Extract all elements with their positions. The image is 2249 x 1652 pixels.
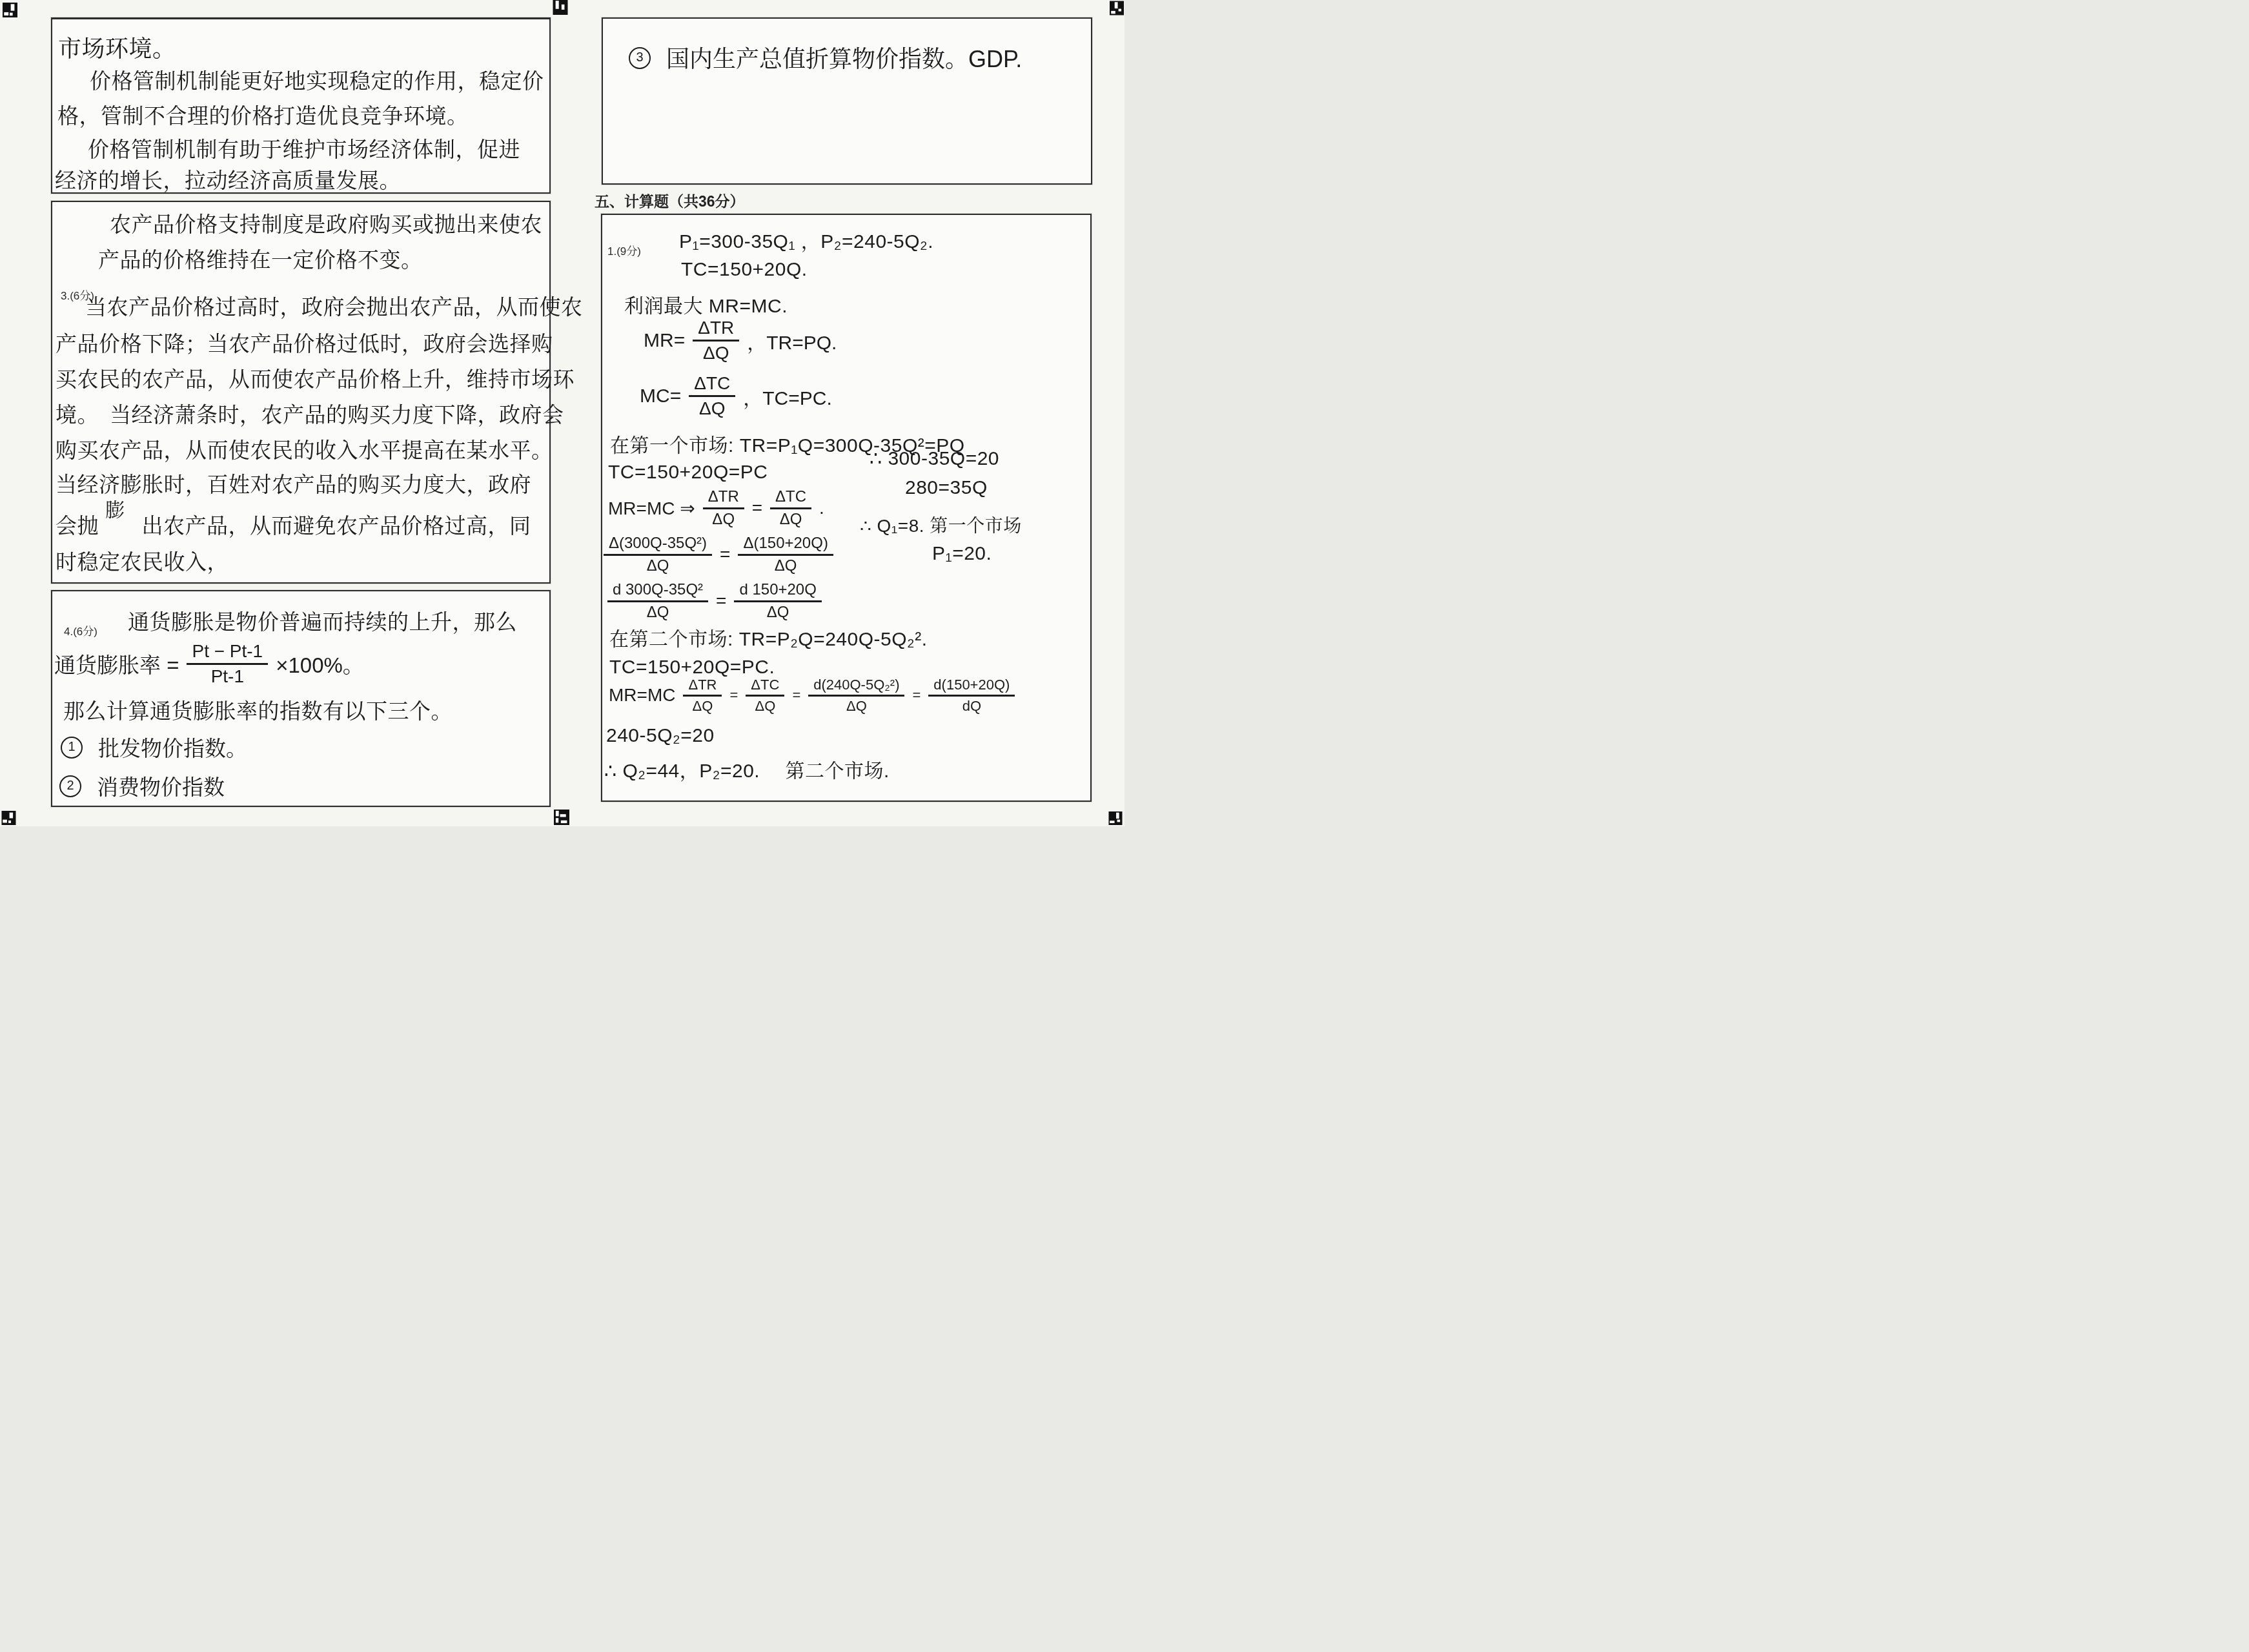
- formula-lhs: 通货膨胀率 =: [54, 649, 179, 679]
- calc-side-equation-2: 280=35Q: [905, 477, 988, 499]
- calc-line-profit-max: 利润最大 MR=MC.: [624, 290, 788, 318]
- fraction-numerator: ΔTC: [746, 677, 784, 697]
- fraction: d 150+20QΔQ: [734, 582, 821, 621]
- fraction: Δ(150+20Q)ΔQ: [738, 535, 833, 575]
- fraction-denominator: ΔQ: [647, 556, 669, 575]
- calc-line-total-cost: TC=150+20Q.: [681, 259, 808, 281]
- fraction-numerator: ΔTR: [703, 489, 744, 509]
- fraction: ΔTRΔQ: [703, 489, 744, 528]
- calc-line-mr-equals-mc: MR=MC ⇒ ΔTRΔQ = ΔTCΔQ .: [608, 489, 824, 528]
- calc-line-market2-tc: TC=150+20Q=PC.: [609, 657, 775, 678]
- calc-side-equation-1: ∴ 300-35Q=20: [870, 447, 999, 470]
- answer-box-calc-q1: 1.(9分) P₁=300-35Q₁ ，P₂=240-5Q₂. TC=150+2…: [601, 214, 1092, 802]
- calc-line-mr-definition: MR= ΔTRΔQ ，TR=PQ.: [644, 318, 837, 363]
- scanned-answer-sheet: 市场环境。 价格管制机制能更好地实现稳定的作用，稳定价 格，管制不合理的价格打造…: [0, 0, 1124, 826]
- answer-box-q2-continued: 市场环境。 价格管制机制能更好地实现稳定的作用，稳定价 格，管制不合理的价格打造…: [51, 17, 551, 194]
- answer-box-q4: 4.(6分) 通货膨胀是物价普遍而持续的上升，那么 通货膨胀率 = Pt − P…: [51, 590, 551, 807]
- handwritten-line: 时稳定农民收入，: [56, 546, 229, 576]
- calc-line-market2-result: ∴ Q₂=44，P₂=20. 第二个市场.: [604, 755, 890, 783]
- fiducial-marker-bottom-right: [1108, 811, 1123, 825]
- fraction-numerator: d(150+20Q): [928, 677, 1015, 697]
- line-segment: 出农产品，从而避免农产品价格过高，同: [142, 514, 531, 538]
- calc-line-given-prices: P₁=300-35Q₁ ，P₂=240-5Q₂.: [679, 225, 933, 254]
- formula-suffix: ，TR=PQ.: [747, 327, 837, 355]
- handwritten-line: 价格管制机制能更好地实现稳定的作用，稳定价: [90, 65, 544, 95]
- equals-sign: =: [729, 687, 738, 704]
- fraction-numerator: ΔTR: [693, 318, 739, 342]
- fraction-denominator: ΔQ: [693, 697, 713, 714]
- calc-line-mc-definition: MC= ΔTCΔQ ，TC=PC.: [640, 374, 832, 418]
- question-score-label: 4.(6分): [64, 622, 97, 638]
- handwritten-line: 购买农产品，从而使农民的收入水平提高在某水平。: [56, 434, 553, 464]
- fraction-denominator: Pt-1: [211, 665, 244, 686]
- fraction-denominator: ΔQ: [755, 697, 775, 714]
- fraction: d 300Q-35Q²ΔQ: [607, 582, 708, 621]
- handwritten-line: 经济的增长，拉动经济高质量发展。: [55, 164, 401, 194]
- calc-side-result-q1: ∴ Q₁=8. 第一个市场: [860, 512, 1022, 538]
- fraction-denominator: ΔQ: [846, 697, 867, 714]
- fraction-denominator: ΔQ: [712, 509, 735, 528]
- equals-sign: =: [912, 687, 921, 704]
- formula-suffix: ×100%。: [276, 649, 364, 679]
- handwritten-line: 产品价格下降；当农产品价格过低时，政府会选择购: [56, 327, 553, 358]
- formula-lhs: MR=: [644, 330, 685, 352]
- fraction-numerator: Δ(150+20Q): [738, 535, 833, 556]
- fraction: ΔTCΔQ: [770, 489, 811, 528]
- fraction-numerator: ΔTC: [689, 374, 735, 397]
- calc-line-derivative-equation: d 300Q-35Q²ΔQ = d 150+20QΔQ: [607, 582, 822, 621]
- index-item-text: 国内生产总值折算物价指数。GDP.: [666, 41, 1022, 74]
- handwritten-line: 农产品价格支持制度是政府购买或抛出来使农: [110, 208, 542, 238]
- handwritten-line: 通货膨胀是物价普遍而持续的上升，那么: [128, 606, 517, 636]
- formula-lhs: MR=MC ⇒: [608, 498, 695, 519]
- fraction: Δ(300Q-35Q²)ΔQ: [604, 535, 712, 575]
- index-item-text: 批发物价指数。: [98, 732, 247, 762]
- handwritten-line: 格，管制不合理的价格打造优良竞争环境。: [57, 99, 469, 130]
- index-item-2: 2 消费物价指数: [59, 771, 225, 801]
- fraction: ΔTCΔQ: [746, 677, 784, 714]
- equals-sign: =: [716, 591, 726, 611]
- fiducial-marker-top-right: [1110, 1, 1124, 15]
- question-score-label: 1.(9分): [607, 242, 641, 258]
- formula-lhs: MC=: [640, 385, 681, 407]
- fraction-numerator: Δ(300Q-35Q²): [604, 535, 712, 556]
- index-item-3: 3 国内生产总值折算物价指数。GDP.: [629, 41, 1022, 74]
- handwritten-line: 那么计算通货膨胀率的指数有以下三个。: [63, 695, 453, 725]
- handwritten-line: 产品的价格维持在一定价格不变。: [98, 243, 423, 274]
- fraction: ΔTRΔQ: [693, 318, 739, 363]
- fraction: ΔTCΔQ: [689, 374, 735, 418]
- fraction: ΔTRΔQ: [683, 677, 722, 714]
- equals-sign: =: [752, 498, 762, 518]
- fiducial-marker-bottom-left: [1, 811, 16, 825]
- fraction-numerator: ΔTR: [683, 677, 722, 697]
- index-item-text: 消费物价指数: [97, 771, 225, 801]
- line-segment: 会抛: [56, 514, 99, 538]
- equals-sign: =: [720, 544, 730, 565]
- fraction-numerator: Pt − Pt-1: [187, 642, 268, 665]
- handwritten-line: 境。 当经济萧条时，农产品的购买力度下降，政府会: [56, 398, 564, 429]
- inflation-rate-formula: 通货膨胀率 = Pt − Pt-1Pt-1 ×100%。: [54, 642, 364, 686]
- circled-number: 1: [61, 737, 83, 759]
- fiducial-marker-top-left: [3, 3, 17, 17]
- fraction-denominator: ΔQ: [647, 602, 669, 621]
- fraction-denominator: dQ: [962, 697, 981, 714]
- handwritten-line: 市场环境。: [58, 31, 176, 64]
- fraction-numerator: d 150+20Q: [734, 582, 821, 602]
- circled-number: 3: [629, 47, 651, 69]
- answer-box-q3: 3.(6分) 农产品价格支持制度是政府购买或抛出来使农 产品的价格维持在一定价格…: [51, 201, 551, 584]
- circled-number: 2: [59, 775, 81, 797]
- calc-line-market2-condition: 240-5Q₂=20: [606, 725, 715, 747]
- index-item-1: 1 批发物价指数。: [61, 732, 247, 762]
- handwritten-line: 当经济膨胀时，百姓对农产品的购买力度大，政府: [56, 468, 531, 498]
- fraction-denominator: ΔQ: [699, 397, 725, 418]
- calc-line-delta-equation: Δ(300Q-35Q²)ΔQ = Δ(150+20Q)ΔQ: [604, 535, 833, 575]
- fiducial-marker-bottom-center: [554, 810, 569, 825]
- calc-line-market2-tr: 在第二个市场: TR=P₂Q=240Q-5Q₂².: [609, 623, 928, 651]
- fraction: Pt − Pt-1Pt-1: [187, 642, 268, 686]
- handwritten-line: 价格管制机制有助于维护市场经济体制，促进: [88, 133, 520, 163]
- formula-suffix: .: [819, 498, 824, 518]
- section-heading: 五、计算题（共36分）: [595, 190, 745, 211]
- inserted-character: 膨: [105, 500, 125, 521]
- fraction: d(150+20Q)dQ: [928, 677, 1015, 714]
- fraction-numerator: d 300Q-35Q²: [607, 582, 708, 602]
- calc-side-result-p1: P₁=20.: [932, 543, 992, 565]
- fraction: d(240Q-5Q₂²)ΔQ: [808, 677, 904, 714]
- handwritten-line-with-insertion: 会抛膨出农产品，从而避免农产品价格过高，同: [56, 509, 531, 540]
- formula-lhs: MR=MC: [609, 685, 675, 706]
- handwritten-line: 当农产品价格过高时，政府会抛出农产品，从而使农: [85, 291, 583, 321]
- calc-line-market2-mr-mc: MR=MC ΔTRΔQ = ΔTCΔQ = d(240Q-5Q₂²)ΔQ = d…: [609, 677, 1015, 714]
- fraction-numerator: ΔTC: [770, 489, 811, 509]
- fraction-numerator: d(240Q-5Q₂²): [808, 677, 904, 697]
- fraction-denominator: ΔQ: [703, 342, 729, 363]
- fraction-denominator: ΔQ: [780, 509, 802, 528]
- fiducial-marker-top-center: [553, 0, 568, 15]
- formula-suffix: ，TC=PC.: [743, 382, 832, 411]
- answer-box-q4-item3: 3 国内生产总值折算物价指数。GDP.: [602, 17, 1092, 185]
- handwritten-line: 买农民的农产品，从而使农产品价格上升，维持市场环: [56, 363, 575, 393]
- calc-line-market1-tc: TC=150+20Q=PC: [608, 462, 768, 484]
- fraction-denominator: ΔQ: [775, 556, 797, 575]
- equals-sign: =: [792, 687, 800, 704]
- fraction-denominator: ΔQ: [767, 602, 789, 621]
